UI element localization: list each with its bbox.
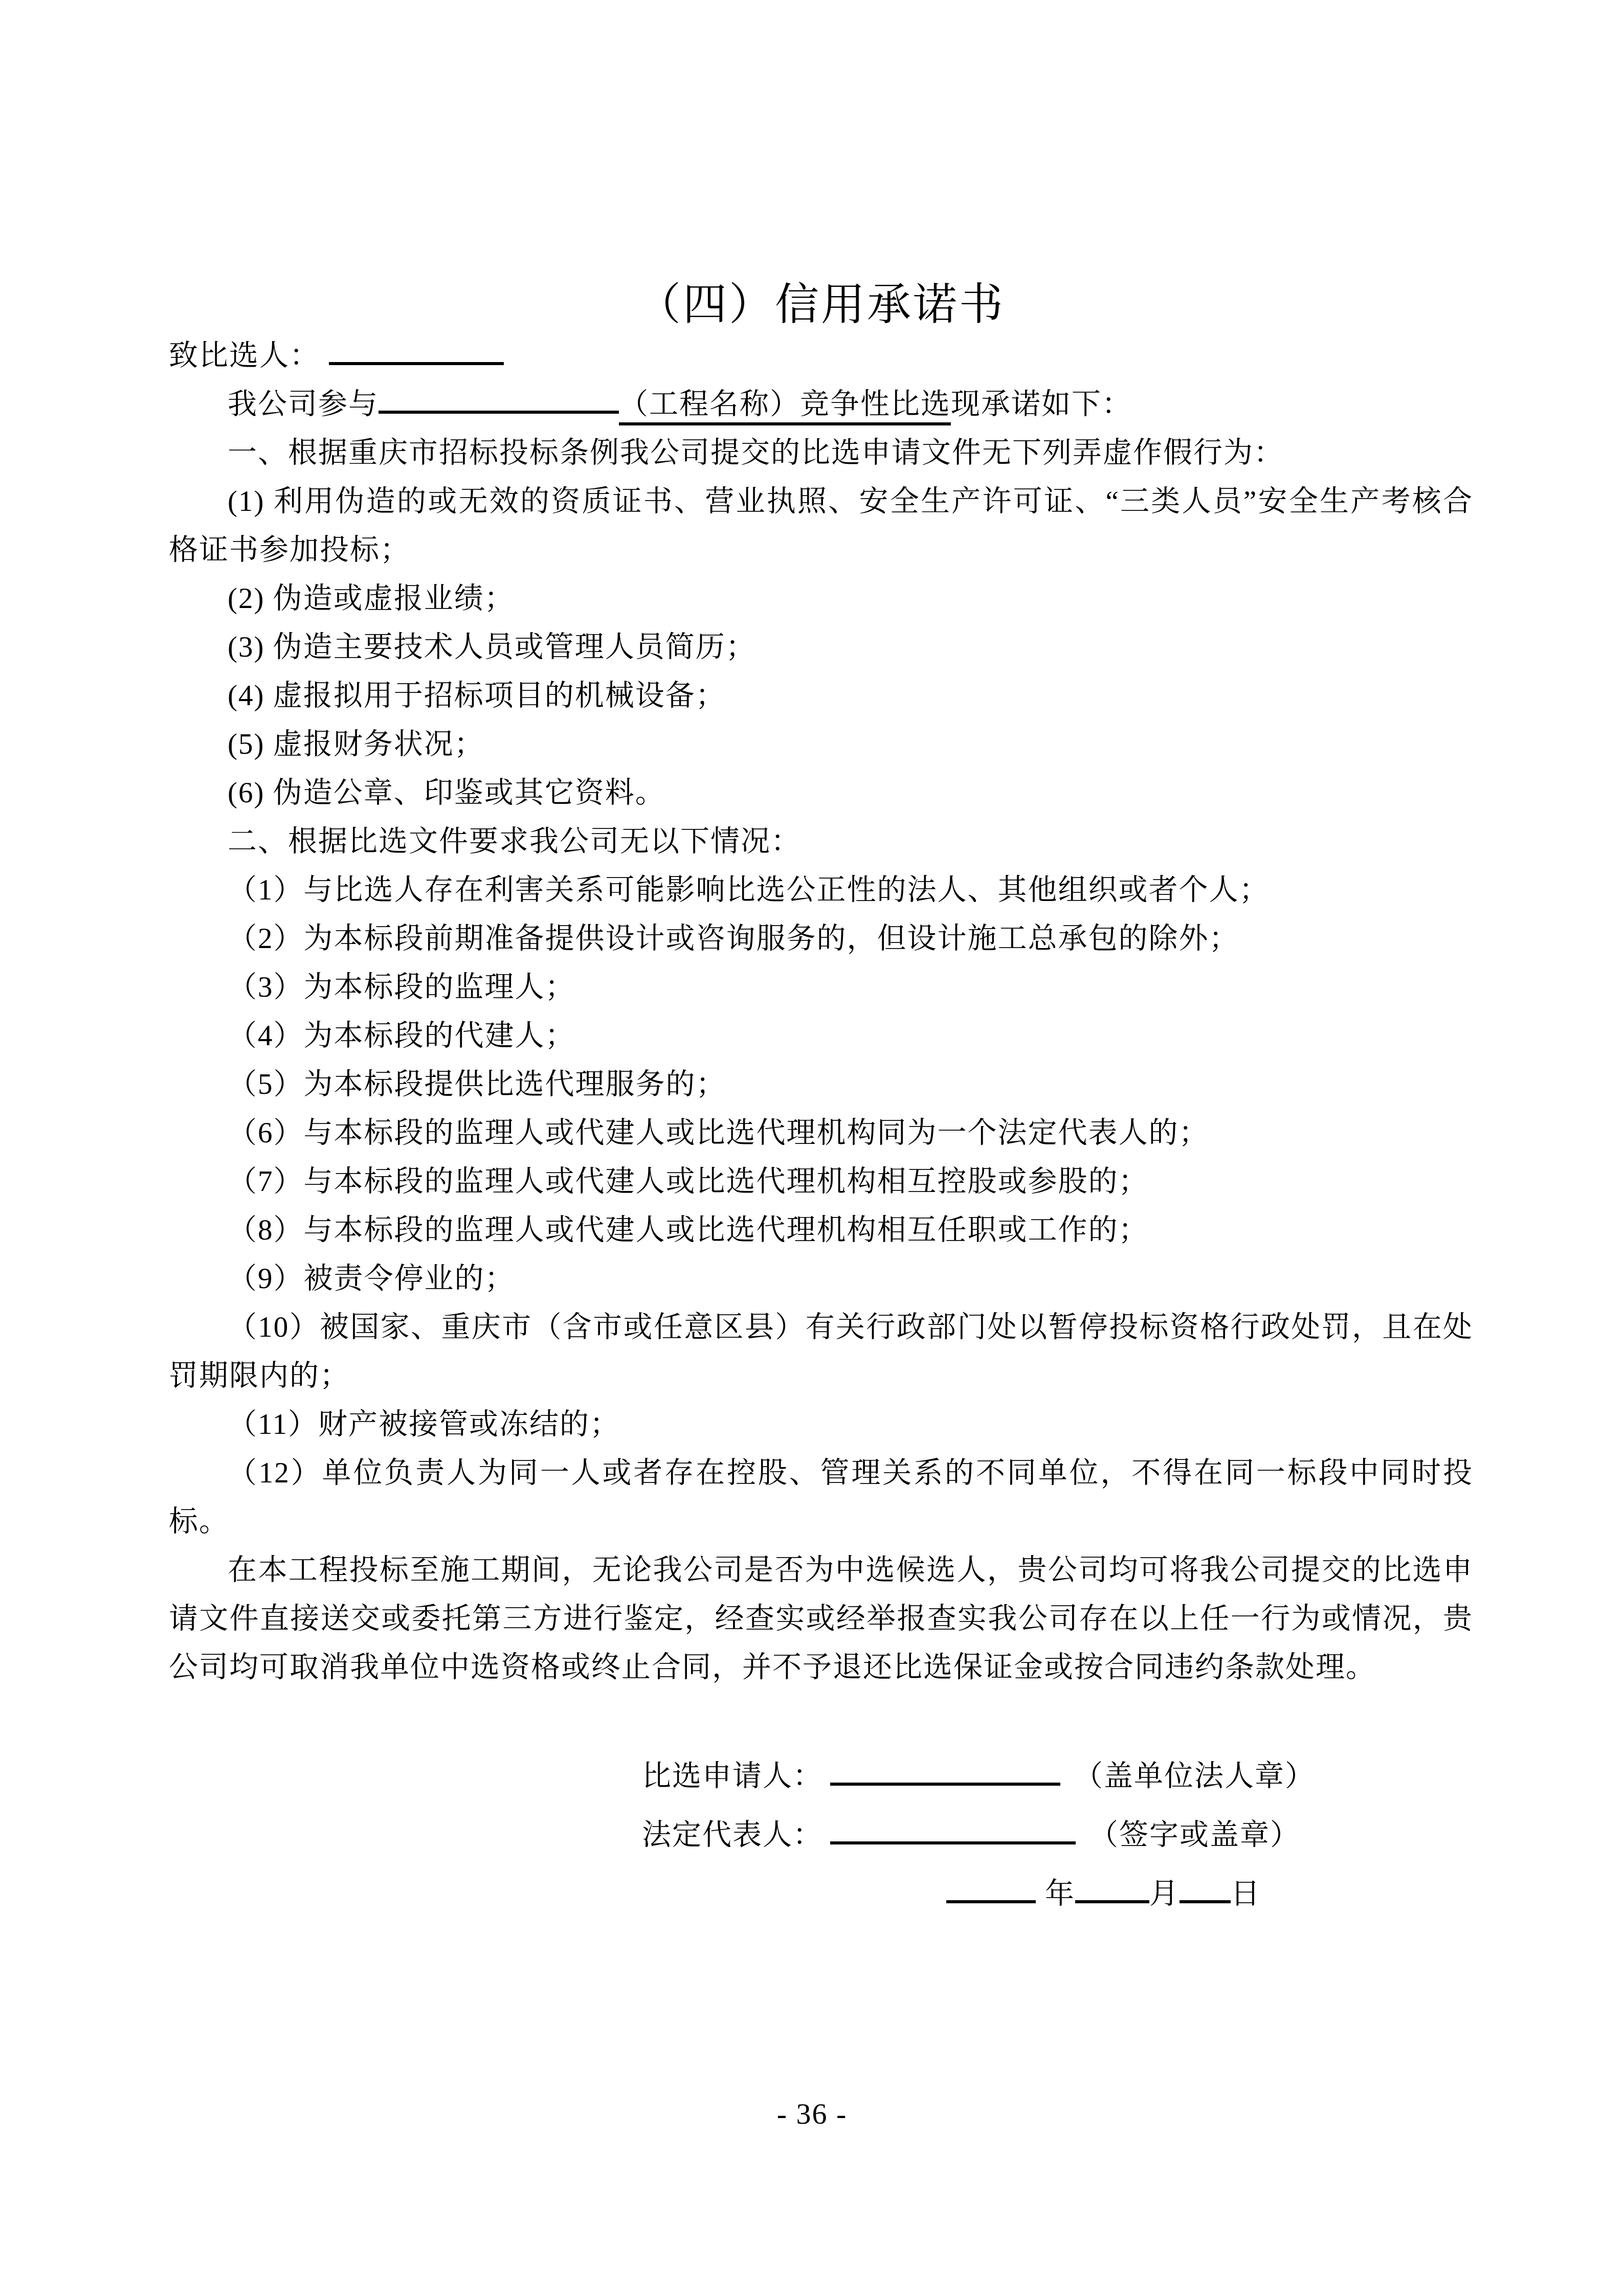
legal-rep-label: 法定代表人：	[642, 1819, 823, 1851]
section-1-item: (2) 伪造或虚报业绩；	[169, 574, 1473, 623]
section-2-item: （4）为本标段的代建人；	[169, 1011, 1473, 1060]
section-1-item: (3) 伪造主要技术人员或管理人员简历；	[169, 623, 1473, 671]
section-2-item: （5）为本标段提供比选代理服务的；	[169, 1060, 1473, 1109]
section-2-item: （6）与本标段的监理人或代建人或比选代理机构同为一个法定代表人的；	[169, 1109, 1473, 1157]
document-page: （四）信用承诺书 致比选人： 我公司参与（工程名称）竞争性比选现承诺如下： 一、…	[0, 0, 1624, 2296]
section-2-item: （7）与本标段的监理人或代建人或比选代理机构相互控股或参股的；	[169, 1157, 1473, 1206]
date-row: 年月日	[946, 1864, 1473, 1923]
section-1-item: (1) 利用伪造的或无效的资质证书、营业执照、安全生产许可证、“三类人员”安全生…	[169, 477, 1473, 574]
applicant-fill-in-blank	[830, 1757, 1060, 1786]
page-number: - 36 -	[0, 2099, 1624, 2129]
month-fill-in-blank	[1075, 1875, 1149, 1903]
section-2-heading: 二、根据比选文件要求我公司无以下情况：	[169, 817, 1473, 866]
day-label: 日	[1231, 1878, 1261, 1910]
section-1-heading: 一、根据重庆市招标投标条例我公司提交的比选申请文件无下列弄虚作假行为：	[169, 429, 1473, 477]
section-2-item: （3）为本标段的监理人；	[169, 963, 1473, 1011]
section-2-item: （12）单位负责人为同一人或者存在控股、管理关系的不同单位，不得在同一标段中同时…	[169, 1449, 1473, 1546]
year-fill-in-blank	[946, 1875, 1036, 1903]
closing-paragraph: 在本工程投标至施工期间，无论我公司是否为中选候选人，贵公司均可将我公司提交的比选…	[169, 1546, 1473, 1692]
applicant-signature-row: 比选申请人：（盖单位法人章）	[642, 1747, 1473, 1806]
section-2-item: （1）与比选人存在利害关系可能影响比选公正性的法人、其他组织或者个人；	[169, 866, 1473, 914]
applicant-seal-note: （盖单位法人章）	[1074, 1760, 1315, 1792]
section-2-item: （11）财产被接管或冻结的；	[169, 1400, 1473, 1449]
intro-paragraph: 我公司参与（工程名称）竞争性比选现承诺如下：	[169, 380, 1473, 429]
intro-underlined-text: （工程名称）竞争性比选	[619, 388, 951, 425]
intro-suffix: 现承诺如下：	[951, 388, 1132, 420]
applicant-label: 比选申请人：	[642, 1760, 823, 1792]
month-label: 月	[1149, 1878, 1180, 1910]
salutation-line: 致比选人：	[169, 331, 1473, 380]
salutation-fill-in-blank	[329, 336, 504, 365]
section-1: 一、根据重庆市招标投标条例我公司提交的比选申请文件无下列弄虚作假行为： (1) …	[169, 429, 1473, 817]
section-1-item: (4) 虚报拟用于招标项目的机械设备；	[169, 671, 1473, 720]
section-1-item: (6) 伪造公章、印鉴或其它资料。	[169, 769, 1473, 817]
legal-rep-fill-in-blank	[830, 1816, 1076, 1844]
salutation-label: 致比选人：	[169, 340, 320, 372]
legal-rep-seal-note: （签字或盖章）	[1089, 1819, 1300, 1851]
section-1-item: (5) 虚报财务状况；	[169, 720, 1473, 769]
project-name-fill-in-blank	[379, 385, 619, 414]
section-2-item: （2）为本标段前期准备提供设计或咨询服务的，但设计施工总承包的除外；	[169, 914, 1473, 963]
year-label: 年	[1045, 1878, 1075, 1910]
day-fill-in-blank	[1180, 1875, 1231, 1903]
section-2-item: （10）被国家、重庆市（含市或任意区县）有关行政部门处以暂停投标资格行政处罚，且…	[169, 1303, 1473, 1400]
signature-block: 比选申请人：（盖单位法人章） 法定代表人：（签字或盖章） 年月日	[642, 1747, 1473, 1923]
section-2-item: （8）与本标段的监理人或代建人或比选代理机构相互任职或工作的；	[169, 1206, 1473, 1254]
section-2-item: （9）被责令停业的；	[169, 1254, 1473, 1303]
section-2: 二、根据比选文件要求我公司无以下情况： （1）与比选人存在利害关系可能影响比选公…	[169, 817, 1473, 1546]
page-title: （四）信用承诺书	[169, 279, 1473, 331]
legal-rep-signature-row: 法定代表人：（签字或盖章）	[642, 1806, 1473, 1864]
intro-prefix: 我公司参与	[228, 388, 379, 420]
